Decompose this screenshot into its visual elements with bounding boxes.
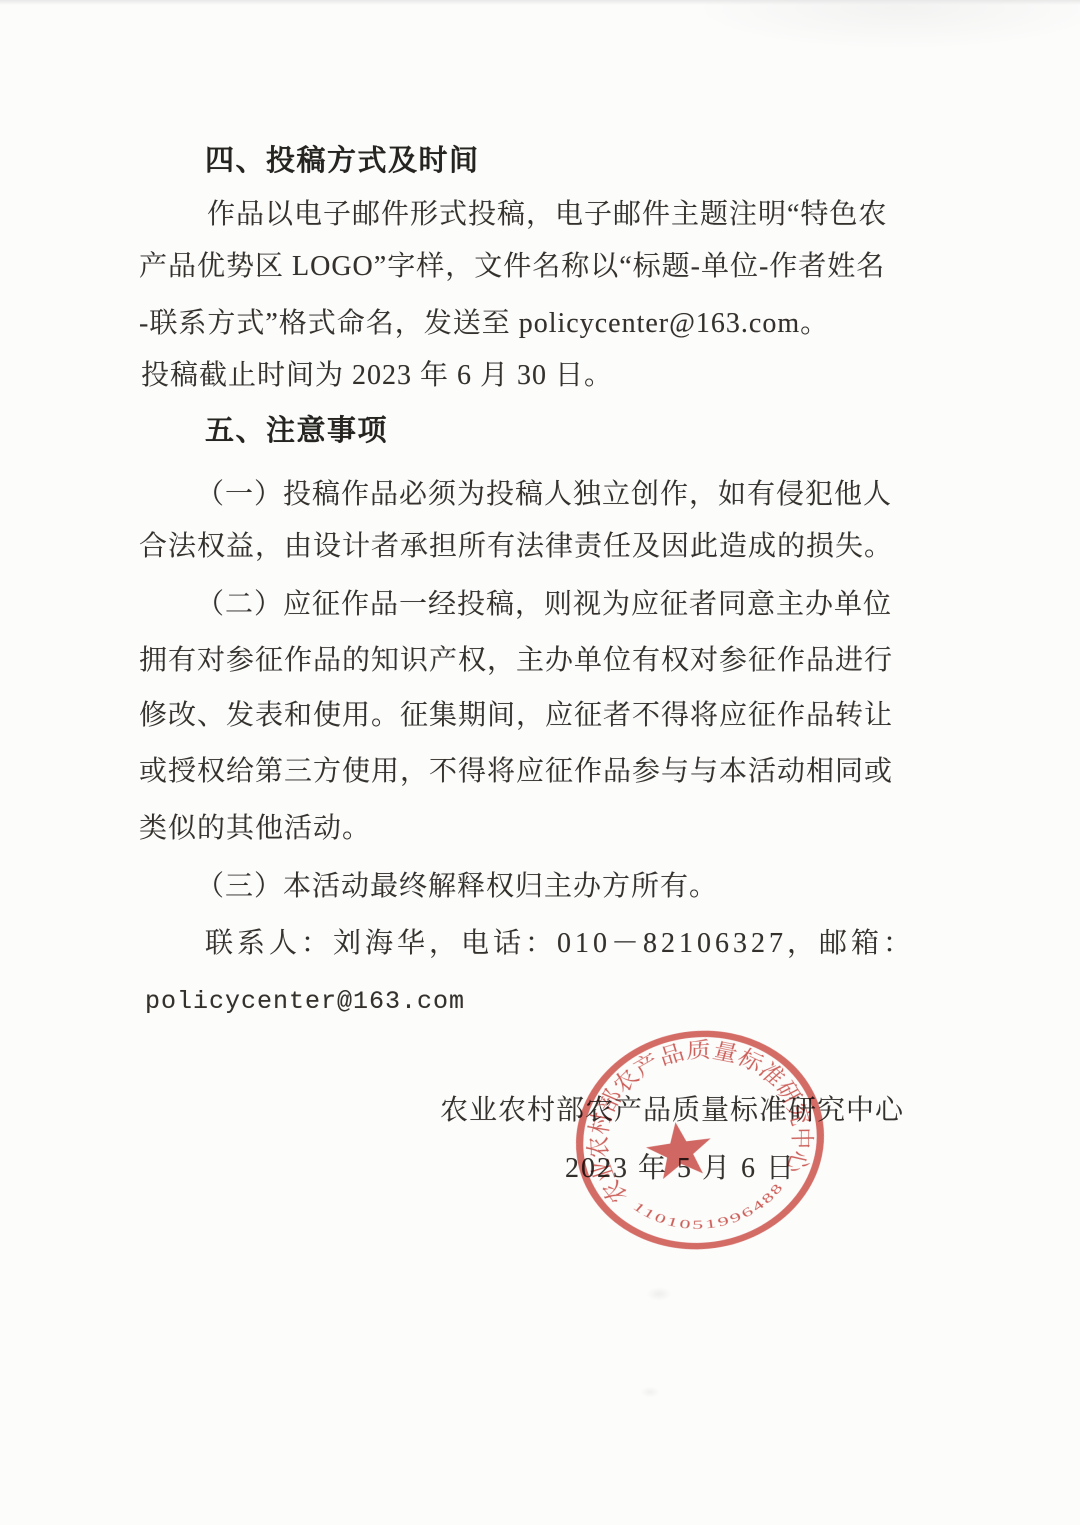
body-line: 或授权给第三方使用，不得将应征作品参与与本活动相同或: [139, 755, 893, 789]
body-line: （一）投稿作品必须为投稿人独立创作，如有侵犯他人: [196, 478, 892, 512]
document-page: 四、投稿方式及时间 作品以电子邮件形式投稿，电子邮件主题注明“特色农 产品优势区…: [0, 0, 1080, 1525]
contact-email-line: policycenter@163.com: [145, 985, 465, 1019]
body-line: 作品以电子邮件形式投稿，电子邮件主题注明“特色农: [207, 198, 887, 232]
seal-number-arc-text: 1101051996488: [629, 1178, 792, 1242]
body-line: 类似的其他活动。: [139, 812, 371, 846]
body-line: 合法权益，由设计者承担所有法律责任及因此造成的损失。: [139, 530, 893, 564]
deadline-line: 投稿截止时间为 2023 年 6 月 30 日。: [141, 359, 613, 393]
official-seal: 农业农村部农产品质量标准研究中心 1101051996488: [555, 1009, 844, 1271]
body-line: 修改、发表和使用。征集期间，应征者不得将应征作品转让: [139, 699, 893, 733]
body-line: 产品优势区 LOGO”字样，文件名称以“标题-单位-作者姓名: [139, 250, 885, 284]
section-heading-five: 五、注意事项: [205, 414, 388, 448]
body-line-with-email: -联系方式”格式命名，发送至 policycenter@163.com。: [139, 307, 829, 341]
contact-line: 联系人：刘海华，电话：010－82106327，邮箱：: [205, 927, 915, 961]
body-line: 拥有对参征作品的知识产权，主办单位有权对参征作品进行: [139, 644, 893, 678]
seal-ring-arc-text: 农业农村部农产品质量标准研究中心: [570, 1022, 823, 1210]
body-line: （三）本活动最终解释权归主办方所有。: [196, 870, 718, 904]
section-heading-four: 四、投稿方式及时间: [205, 144, 480, 178]
seal-star: [643, 1118, 715, 1181]
body-line: （二）应征作品一经投稿，则视为应征者同意主办单位: [196, 588, 892, 622]
